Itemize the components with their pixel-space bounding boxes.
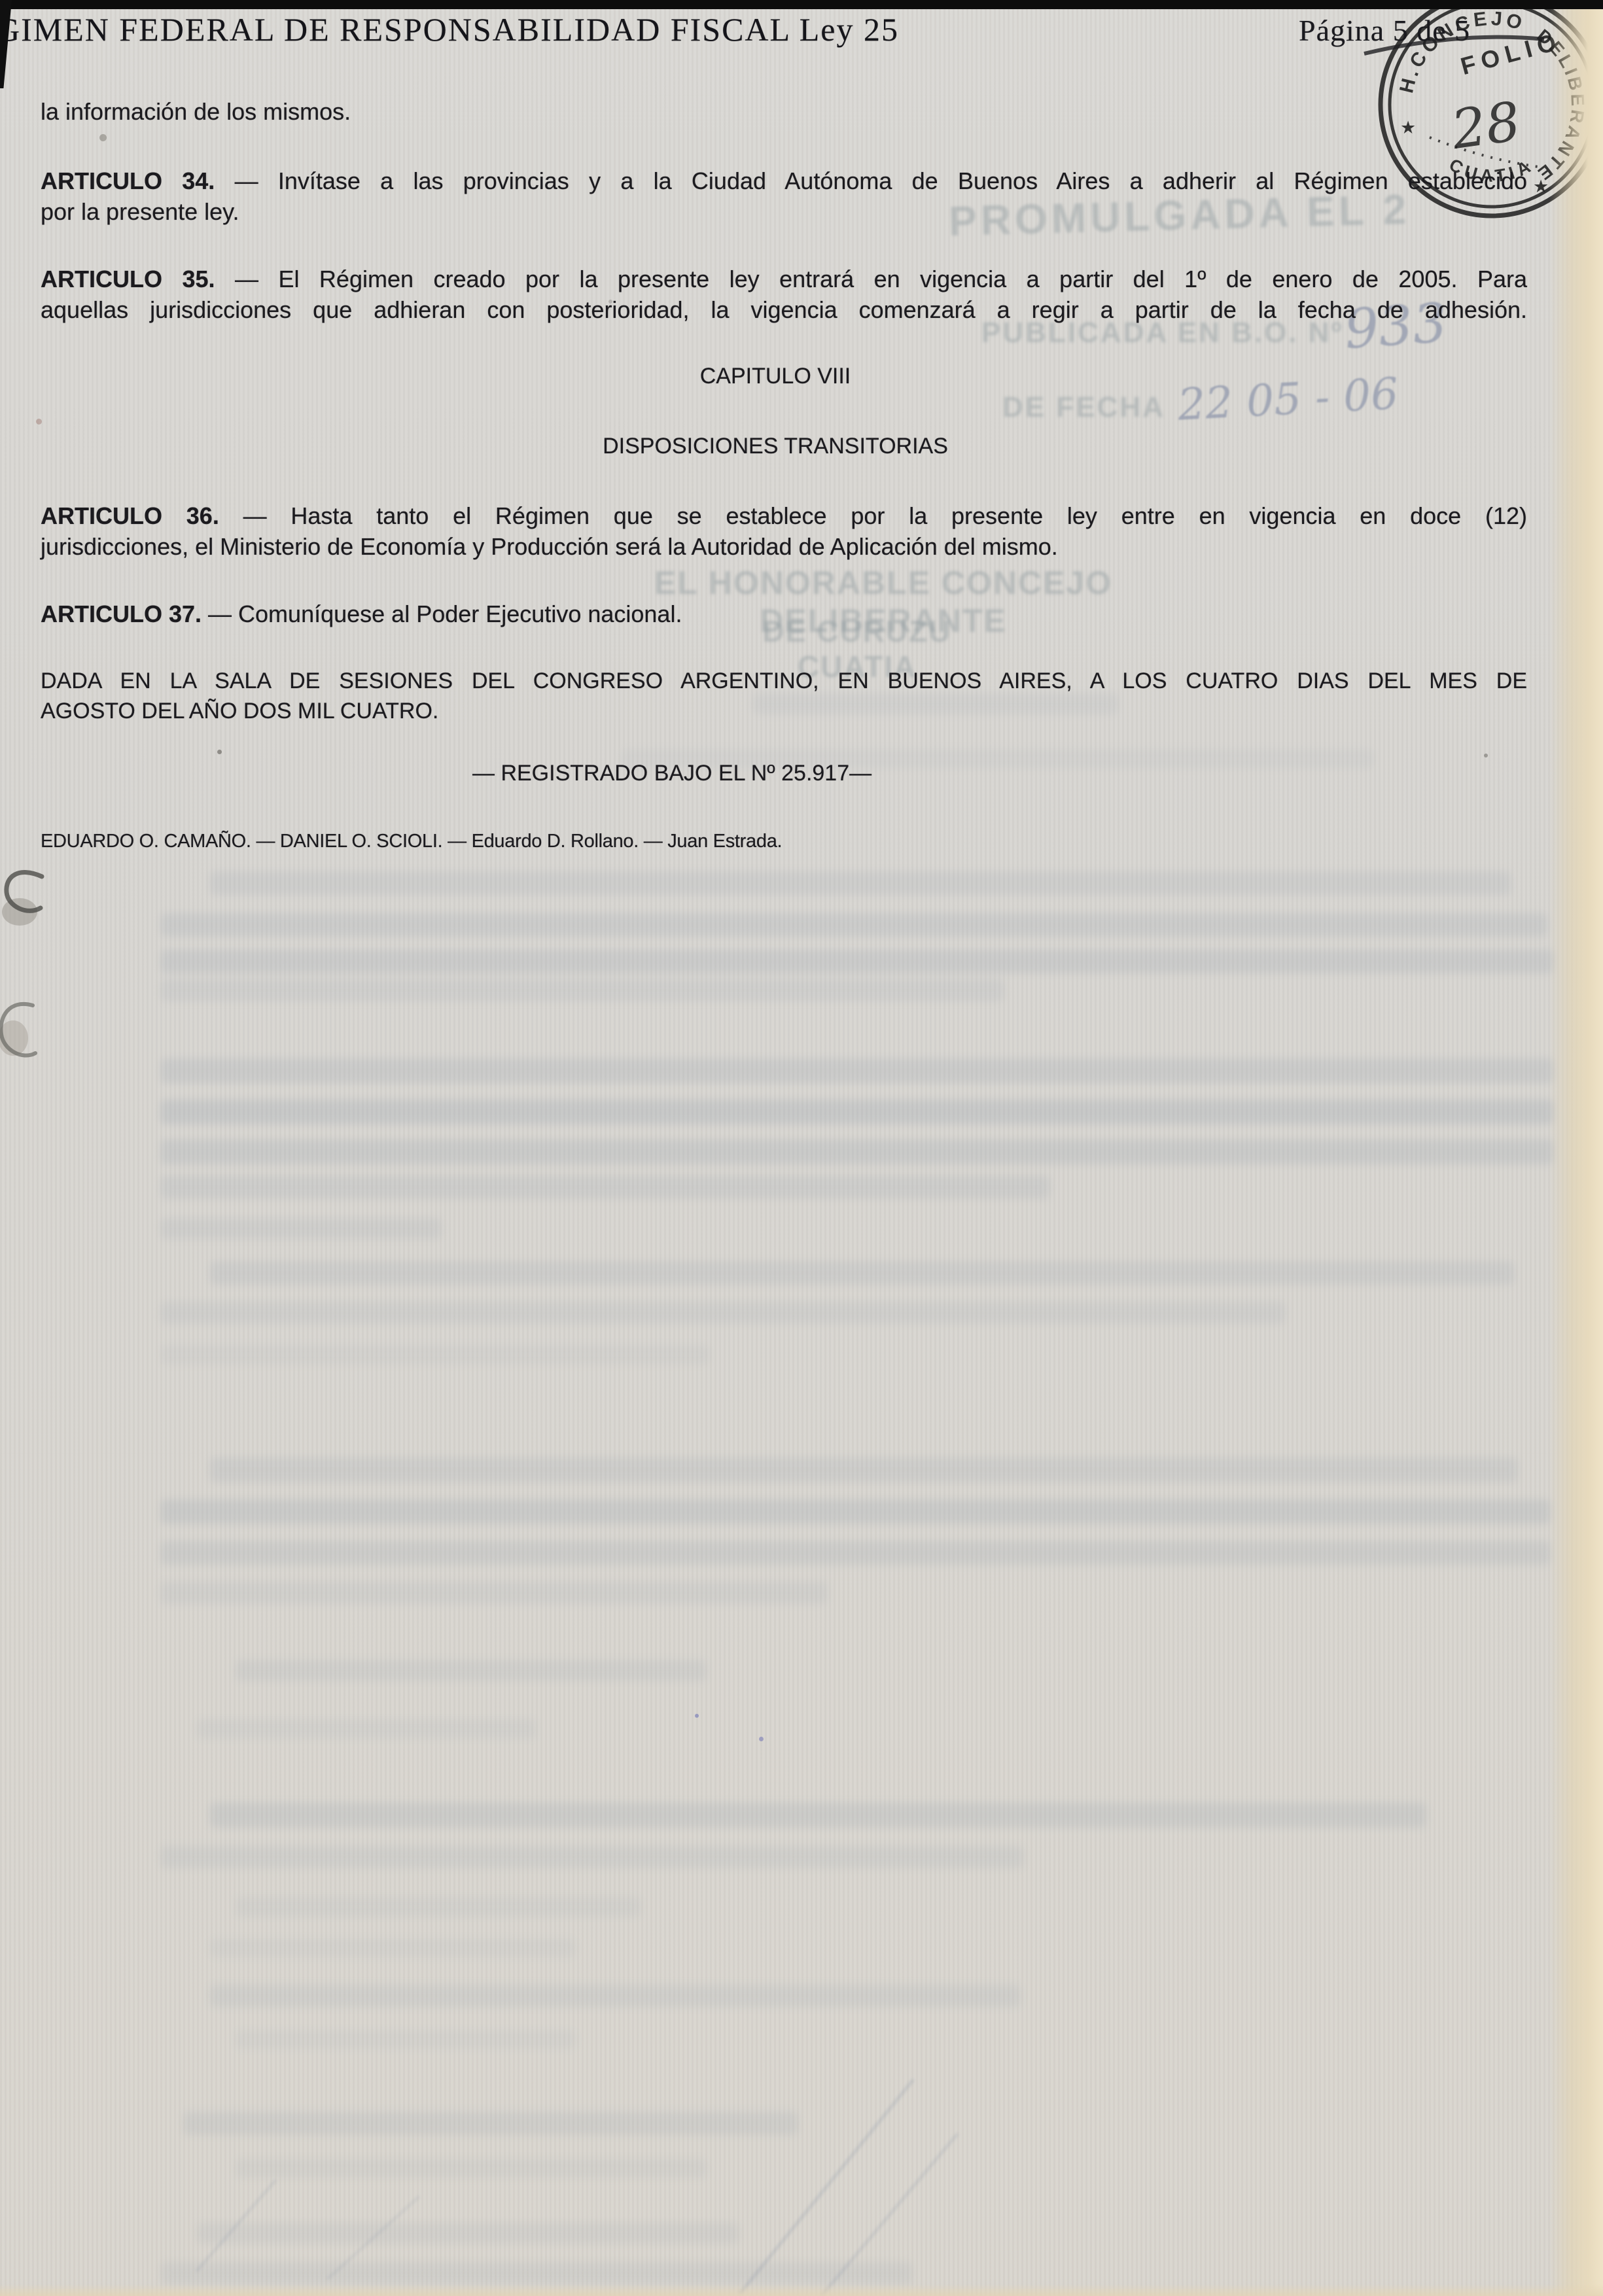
bleedthrough-text-band bbox=[209, 871, 1511, 895]
bleedthrough-text-band bbox=[160, 1175, 1050, 1199]
bleedthrough-text-band bbox=[160, 979, 1004, 1001]
doc-line-article-35: ARTICULO 35. — El Régimen creado por la … bbox=[41, 266, 1527, 293]
registration-number-line: — REGISTRADO BAJO EL Nº 25.917— bbox=[472, 761, 1519, 786]
left-edge-mark-2 bbox=[0, 998, 48, 1070]
paper-edge-bottom bbox=[0, 2284, 1603, 2296]
bleedthrough-text-band bbox=[160, 1345, 710, 1365]
scan-speck bbox=[608, 300, 612, 304]
scan-speck bbox=[99, 134, 107, 141]
scan-speck bbox=[36, 419, 42, 425]
bleedthrough-text-band bbox=[160, 950, 1554, 973]
bleedthrough-text-band bbox=[236, 1660, 707, 1681]
pen-strike-mark bbox=[1348, 20, 1564, 78]
document-header-title: GIMEN FEDERAL DE RESPONSABILIDAD FISCAL … bbox=[0, 10, 899, 48]
bleedthrough-text-band bbox=[160, 1541, 1551, 1565]
signatures-line: EDUARDO O. CAMAÑO. — DANIEL O. SCIOLI. —… bbox=[41, 831, 1527, 852]
bleedthrough-text-band bbox=[160, 1100, 1554, 1124]
bleedthrough-text-band bbox=[160, 1058, 1554, 1083]
bleedthrough-text-band bbox=[183, 2112, 798, 2135]
scanned-document-page: PROMULGADA EL 2 PUBLICADA EN B.O. Nº 933… bbox=[0, 0, 1603, 2296]
doc-line-article-36: ARTICULO 36. — Hasta tanto el Régimen qu… bbox=[41, 502, 1527, 530]
bleedthrough-text-band bbox=[209, 1939, 576, 1957]
scan-speck bbox=[759, 1737, 764, 1741]
bleedthrough-text-band bbox=[160, 1302, 1286, 1324]
scan-edge-top bbox=[0, 0, 1603, 9]
doc-line: por la presente ley. bbox=[41, 198, 1527, 226]
section-heading: DISPOSICIONES TRANSITORIAS bbox=[0, 434, 1551, 459]
bleedthrough-text-band bbox=[236, 2159, 707, 2178]
bleedthrough-text-band bbox=[236, 1897, 641, 1917]
bleedthrough-text-band bbox=[209, 1985, 1021, 2007]
bleedthrough-text-band bbox=[160, 2262, 913, 2284]
doc-line: jurisdicciones, el Ministerio de Economí… bbox=[41, 533, 1527, 561]
left-edge-mark-1 bbox=[0, 863, 52, 935]
bleedthrough-text-band bbox=[160, 1139, 1554, 1164]
stamp-star-right: ★ bbox=[1533, 177, 1549, 196]
bleedthrough-text-band bbox=[196, 1719, 537, 1739]
ghost-fecha-line: DE FECHA bbox=[1002, 391, 1165, 424]
bleedthrough-text-band bbox=[196, 2223, 739, 2244]
chapter-heading: CAPITULO VIII bbox=[0, 364, 1551, 389]
doc-line: aquellas jurisdicciones que adhieran con… bbox=[41, 296, 1527, 324]
doc-line-dada: DADA EN LA SALA DE SESIONES DEL CONGRESO… bbox=[41, 669, 1527, 694]
bleedthrough-text-band bbox=[160, 1218, 442, 1239]
bleedthrough-text-band bbox=[236, 2030, 576, 2049]
scan-speck bbox=[695, 1714, 699, 1718]
doc-line-article-37: ARTICULO 37. — Comuníquese al Poder Ejec… bbox=[41, 600, 1527, 628]
bleedthrough-text-band bbox=[160, 1582, 828, 1604]
bleedthrough-text-band bbox=[160, 1846, 1024, 1868]
bleedthrough-text-band bbox=[160, 1499, 1551, 1524]
bleedthrough-text-band bbox=[209, 1803, 1426, 1828]
doc-line-article-34: ARTICULO 34. — Invítase a las provincias… bbox=[41, 167, 1527, 195]
bleedthrough-text-band bbox=[209, 1261, 1515, 1285]
doc-line: la información de los mismos. bbox=[41, 98, 1527, 126]
paper-edge-right bbox=[1549, 0, 1603, 2296]
scan-speck bbox=[217, 750, 222, 754]
scan-speck bbox=[1484, 754, 1488, 757]
bleedthrough-text-band bbox=[160, 913, 1547, 937]
bleedthrough-text-band bbox=[209, 1457, 1518, 1482]
doc-line: AGOSTO DEL AÑO DOS MIL CUATRO. bbox=[41, 699, 1527, 724]
